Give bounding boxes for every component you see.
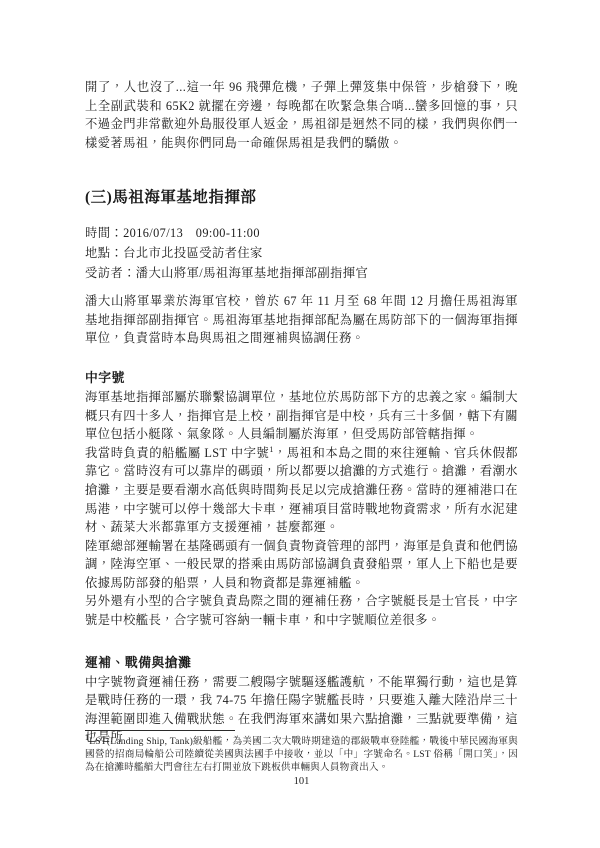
footnote-text: 1LST(Landing Ship, Tank)級船艦，為美國二次大戰時期建造的… (85, 735, 518, 775)
intro-paragraph: 開了，人也沒了...這一年 96 飛彈危機，子彈上彈笈集中保管，步槍發下，晚上全… (85, 78, 518, 152)
meta-location: 地點：台北市北投區受訪者住家 (85, 244, 518, 264)
section-heading: (三)馬祖海軍基地指揮部 (85, 185, 518, 207)
bio-paragraph: 潘大山將軍畢業於海軍官校，曾於 67 年 11 月至 68 年間 12 月擔任馬… (85, 292, 518, 348)
paragraph-hezihao: 另外還有小型的合字號負責島際之間的運補任務，合字號艇長是士官長，中字號是中校艦長… (85, 592, 518, 629)
footnote-area: 1LST(Landing Ship, Tank)級船艦，為美國二次大戰時期建造的… (85, 730, 518, 787)
subheading-yunbu: 運補、戰備與搶灘 (85, 652, 518, 671)
paragraph-lst-text: 我當時負責的船艦屬 LST 中字號 (85, 446, 269, 460)
footnote-body: LST(Landing Ship, Tank)級船艦，為美國二次大戰時期建造的郡… (85, 736, 518, 773)
page-number: 101 (85, 776, 518, 787)
paragraph-transport: 陸軍總部運輸署在基隆碼頭有一個負責物資管理的部門，海軍是負責和他們協調，陸海空軍… (85, 537, 518, 593)
document-page: 開了，人也沒了...這一年 96 飛彈危機，子彈上彈笈集中保管，步槍發下，晚上全… (0, 0, 600, 848)
text-block: 開了，人也沒了...這一年 96 飛彈危機，子彈上彈笈集中保管，步槍發下，晚上全… (85, 78, 518, 747)
meta-time: 時間：2016/07/13 09:00-11:00 (85, 224, 518, 244)
footnote-divider (85, 730, 235, 731)
meta-interviewee: 受訪者：潘大山將軍/馬祖海軍基地指揮部副指揮官 (85, 264, 518, 284)
paragraph-base-overview: 海軍基地指揮部屬於聯繫協調單位，基地位於馬防部下方的忠義之家。編制大概只有四十多… (85, 388, 518, 444)
interview-meta: 時間：2016/07/13 09:00-11:00 地點：台北市北投區受訪者住家… (85, 224, 518, 283)
subheading-zhongzihao: 中字號 (85, 367, 518, 386)
paragraph-lst: 我當時負責的船艦屬 LST 中字號1，馬祖和本島之間的來往運輸、官兵休假都靠它。… (85, 444, 518, 537)
